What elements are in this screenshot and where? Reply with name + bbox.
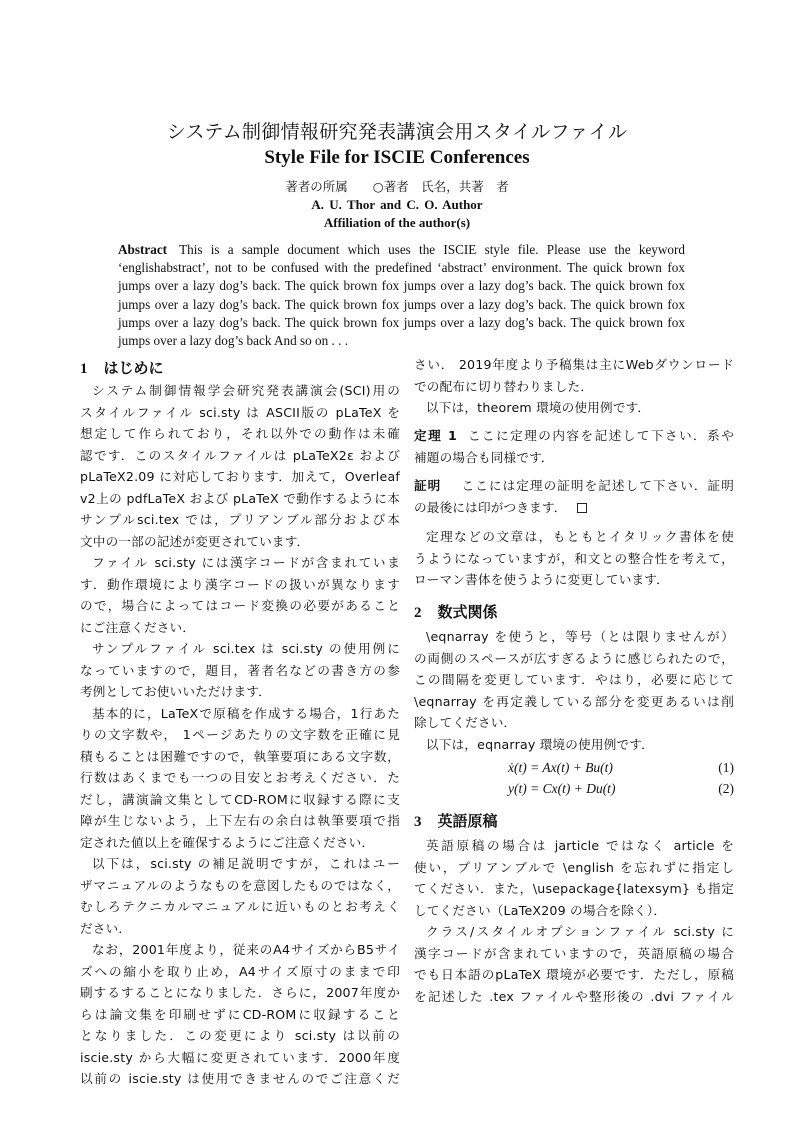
body-line: pLaTeX2.09 に対応しております．加えて，Overleaf bbox=[80, 469, 400, 485]
body-line: 想定して作られており，それ以外での動作は未確 bbox=[80, 426, 400, 442]
equation-expression: ẋ(t) = Ax(t) + Bu(t) bbox=[508, 760, 613, 776]
abstract: AbstractThis is a sample document which … bbox=[118, 241, 685, 350]
body-line: す．動作環境により漢字コードの扱いが異なります bbox=[80, 577, 400, 593]
body-line: なお，2001年度より，従来のA4サイズからB5サイ bbox=[80, 942, 400, 958]
body-line: 障が生じないよう，上下左右の余白は執筆要項で指 bbox=[80, 813, 400, 829]
body-line: v2上の pdfLaTeX および pLaTeX で動作するように本 bbox=[80, 491, 400, 507]
body-line: 使い，プリアンブルで \english を忘れずに指定し bbox=[414, 860, 734, 876]
body-line: 以下は，sci.sty の補足説明ですが，これはユー bbox=[80, 856, 400, 872]
body-line: 行数はあくまでも一つの目安とお考えください．た bbox=[80, 770, 400, 786]
qed-square-icon bbox=[577, 503, 587, 513]
authors-japanese: 著者の所属 ○著者 氏名，共著 者 bbox=[0, 177, 794, 195]
affiliation-english: Affiliation of the author(s) bbox=[0, 215, 794, 231]
paper-page: システム制御情報研究発表講演会用スタイルファイル Style File for … bbox=[0, 0, 794, 1123]
section-title: 英語原稿 bbox=[438, 812, 498, 830]
body-line: 英語原稿の場合は jarticle ではなく article を bbox=[414, 838, 734, 854]
body-line: ので，場合によってはコード変換の必要があること bbox=[80, 598, 400, 614]
body-line: サンプルsci.tex では，プリアンブル部分および本 bbox=[80, 512, 400, 528]
body-line: の両側のスペースが広すぎるように感じられたので， bbox=[414, 651, 734, 667]
body-line: クラス/スタイルオプションファイル sci.sty に bbox=[414, 924, 734, 940]
section-number: 3 bbox=[414, 814, 422, 830]
body-line: での配布に切り替わりました． bbox=[414, 379, 734, 395]
body-line: でも日本語のpLaTeX 環境が必要です．ただし，原稿 bbox=[414, 967, 734, 983]
proof-text: の最後には印がつきます． bbox=[414, 500, 567, 515]
body-line: してください（LaTeX209 の場合を除く）． bbox=[414, 903, 734, 919]
section-number: 2 bbox=[414, 605, 422, 621]
body-line: なっていますので，題目，著者名などの書き方の参 bbox=[80, 663, 400, 679]
section-title: 数式関係 bbox=[438, 603, 498, 621]
body-line: \eqnarray を再定義している部分を変更あるいは削 bbox=[414, 694, 734, 710]
body-line: にご注意ください． bbox=[80, 620, 400, 636]
section-3-heading: 3英語原稿 bbox=[414, 810, 498, 831]
theorem-text: ここに定理の内容を記述して下さい．系や bbox=[468, 428, 734, 443]
body-line: さい． 2019年度より予稿集は主にWebダウンロード bbox=[414, 357, 734, 373]
body-line: この間隔を変更しています．やはり，必要に応じて bbox=[414, 672, 734, 688]
body-line: ださい． bbox=[80, 921, 400, 937]
body-line: を記述した .tex ファイルや整形後の .dvi ファイル bbox=[414, 989, 734, 1005]
body-line: 認です．このスタイルファイルは pLaTeX2ε および bbox=[80, 448, 400, 464]
equation-expression: y(t) = Cx(t) + Du(t) bbox=[508, 781, 615, 797]
body-line: サンプルファイル sci.tex は sci.sty の使用例に bbox=[80, 641, 400, 657]
abstract-label: Abstract bbox=[118, 242, 167, 257]
proof-first-line: 証明 ここには定理の証明を記述して下さい．証明 bbox=[414, 478, 734, 494]
body-line: りの文字数や， 1ページあたりの文字数を正確に見 bbox=[80, 727, 400, 743]
proof-line: の最後には印がつきます． bbox=[414, 500, 734, 516]
body-line: スタイルファイル sci.sty は ASCII版の pLaTeX を bbox=[80, 405, 400, 421]
theorem-first-line: 定理 1 ここに定理の内容を記述して下さい．系や bbox=[414, 428, 734, 444]
body-line: ローマン書体を使うように変更しています． bbox=[414, 572, 734, 588]
body-line: iscie.sty から大幅に変更されています．2000年度 bbox=[80, 1050, 400, 1066]
body-line: だし，講演論文集としてCD-ROMに収録する際に支 bbox=[80, 792, 400, 808]
body-line: 以前の iscie.sty は使用できませんのでご注意くだ bbox=[80, 1071, 400, 1087]
body-line: 漢字コードが含まれていますので，英語原稿の場合 bbox=[414, 946, 734, 962]
section-title: はじめに bbox=[104, 359, 164, 377]
body-line: 基本的に，LaTeXで原稿を作成する場合，1行あた bbox=[80, 706, 400, 722]
body-line: 考例としてお使いいただけます． bbox=[80, 684, 400, 700]
body-line: となりました．この変更により sci.sty は以前の bbox=[80, 1028, 400, 1044]
body-line: 除してください． bbox=[414, 715, 734, 731]
body-line: 以下は，theorem 環境の使用例です． bbox=[414, 400, 734, 416]
body-line: システム制御情報学会研究発表講演会(SCI)用の bbox=[80, 383, 400, 399]
body-line: てください．また，\usepackage{latexsym} も指定 bbox=[414, 881, 734, 897]
body-line: うようになっていますが，和文との整合性を考えて， bbox=[414, 551, 734, 567]
abstract-text: This is a sample document which uses the… bbox=[118, 242, 685, 348]
body-line: 以下は，eqnarray 環境の使用例です． bbox=[414, 737, 734, 753]
title-japanese: システム制御情報研究発表講演会用スタイルファイル bbox=[0, 117, 794, 144]
section-number: 1 bbox=[80, 361, 88, 377]
theorem-label: 定理 1 bbox=[414, 428, 457, 443]
section-1-heading: 1はじめに bbox=[80, 357, 164, 378]
body-line: らは論文集を印刷せずにCD-ROMに収録すること bbox=[80, 1007, 400, 1023]
authors-english: A. U. Thor and C. O. Author bbox=[0, 197, 794, 213]
proof-text: ここには定理の証明を記述して下さい．証明 bbox=[462, 478, 734, 493]
body-line: ファイル sci.sty には漢字コードが含まれていま bbox=[80, 555, 400, 571]
theorem-line: 補題の場合も同様です． bbox=[414, 450, 734, 466]
body-line: ズへの縮小を取り止め，A4サイズ原寸のままで印 bbox=[80, 964, 400, 980]
body-line: ザマニュアルのようなものを意図したものではなく， bbox=[80, 878, 400, 894]
proof-label: 証明 bbox=[414, 478, 441, 493]
title-english: Style File for ISCIE Conferences bbox=[0, 147, 794, 169]
body-line: むしろテクニカルマニュアルに近いものとお考えく bbox=[80, 899, 400, 915]
equation-number: (1) bbox=[718, 760, 734, 776]
body-line: \eqnarray を使うと，等号（とは限りませんが） bbox=[414, 629, 734, 645]
body-line: 積もることは困難ですので，執筆要項にある文字数， bbox=[80, 749, 400, 765]
body-line: 定理などの文章は，もともとイタリック書体を使 bbox=[414, 529, 734, 545]
section-2-heading: 2数式関係 bbox=[414, 601, 498, 622]
body-line: 文中の一部の記述が変更されています． bbox=[80, 534, 400, 550]
equation-number: (2) bbox=[718, 781, 734, 797]
body-line: 刷するすることになりました．さらに，2007年度か bbox=[80, 985, 400, 1001]
body-line: 定された値以上を確保するようにご注意ください． bbox=[80, 835, 400, 851]
